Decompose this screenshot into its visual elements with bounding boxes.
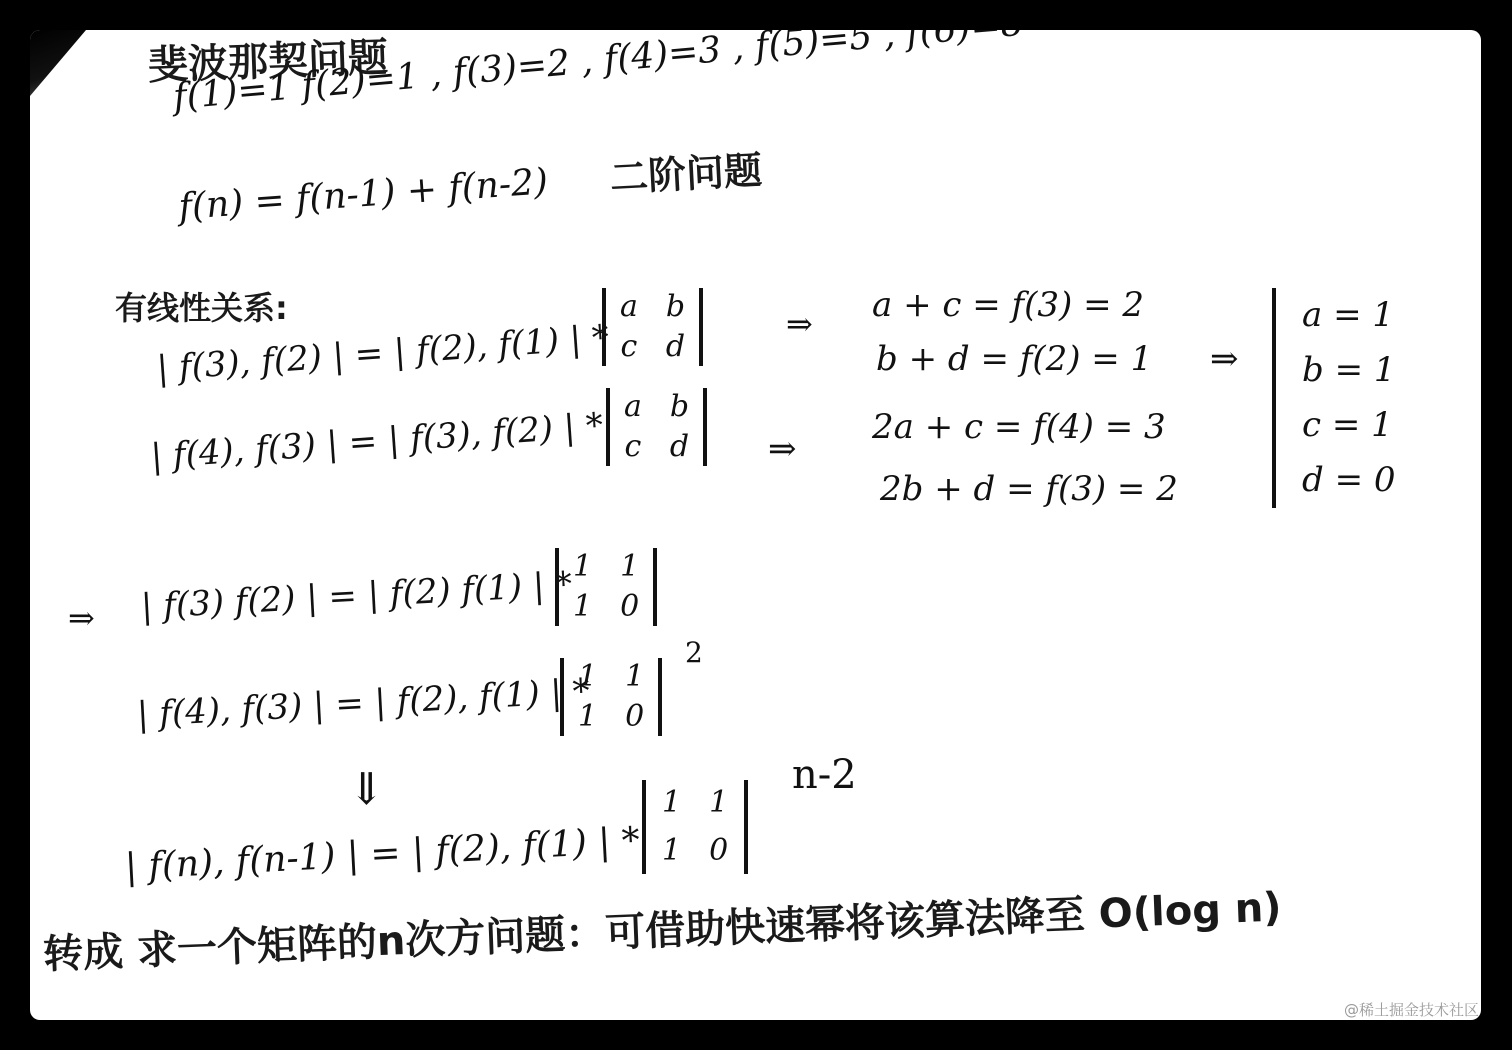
matrix-cell: 1 [662,836,681,866]
matrix-cell: 1 [625,662,644,692]
step4-matrix: 1 1 1 0 [560,658,662,736]
note-page: 斐波那契问题 f(1)=1 f(2)=1 , f(3)=2 , f(4)=3 ,… [30,30,1481,1020]
matrix-cell: b [670,392,689,422]
solution-brace: a = 1 b = 1 c = 1 d = 0 [1272,288,1396,508]
matrix-cell: 1 [578,702,597,732]
matrix-cell: 0 [620,592,639,622]
solution-b: b = 1 [1302,343,1396,398]
matrix-cell: 0 [625,702,644,732]
recurrence-note: 二阶问题 [609,151,763,197]
step4-exponent: 2 [685,636,703,669]
solution-c: c = 1 [1302,398,1396,453]
matrix-cell: d [670,432,689,462]
matrix-cell: 0 [709,836,728,866]
matrix-cell: c [620,332,638,362]
solution-d: d = 0 [1302,453,1396,508]
matrix-cell: 1 [709,788,728,818]
matrix-cell: 1 [573,552,592,582]
linear-relation-label: 有线性关系: [115,292,288,324]
equation-3: 2a + c = f(4) = 3 [872,410,1166,444]
general-matrix: 1 1 1 0 [642,780,748,874]
step2-equation: | f(4), f(3) | = | f(3), f(2) | * [150,408,604,474]
matrix-cell: 1 [573,592,592,622]
equation-2: b + d = f(2) = 1 [876,342,1152,376]
step2-matrix: a b c d [606,388,707,466]
matrix-cell: d [666,332,685,362]
matrix-cell: c [624,432,642,462]
step3-matrix: 1 1 1 0 [555,548,657,626]
general-formula: | f(n), f(n-1) | = | f(2), f(1) | * [124,823,641,886]
matrix-cell: b [666,292,685,322]
step3-equation: | f(3) f(2) | = | f(2) f(1) | * [140,567,573,624]
solution-a: a = 1 [1302,288,1396,343]
watermark: @稀土掘金技术社区 [1344,999,1479,1020]
step1-matrix: a b c d [602,288,703,366]
equation-4: 2b + d = f(3) = 2 [880,472,1178,506]
implies-arrow-icon: ⇒ [768,432,797,466]
conclusion-text: 转成 求一个矩阵的n次方问题：可借助快速幂将该算法降至 O(log n) [42,887,1282,975]
implies-arrow-icon: ⇒ [1210,342,1239,376]
equation-1: a + c = f(3) = 2 [872,288,1144,322]
down-arrow-icon: ⇓ [348,768,385,812]
step4-equation: | f(4), f(3) | = | f(2), f(1) | * [136,674,590,732]
implies-arrow-icon: ⇒ [68,602,95,634]
matrix-cell: a [624,392,642,422]
matrix-cell: 1 [662,788,681,818]
step1-equation: | f(3), f(2) | = | f(2), f(1) | * [156,320,610,386]
matrix-cell: 1 [578,662,597,692]
matrix-cell: a [620,292,638,322]
recurrence-formula: f(n) = f(n-1) + f(n-2) [177,164,549,226]
general-exponent: n-2 [792,752,857,798]
matrix-cell: 1 [620,552,639,582]
page-fold-corner [30,30,86,96]
implies-arrow-icon: ⇒ [786,308,813,340]
